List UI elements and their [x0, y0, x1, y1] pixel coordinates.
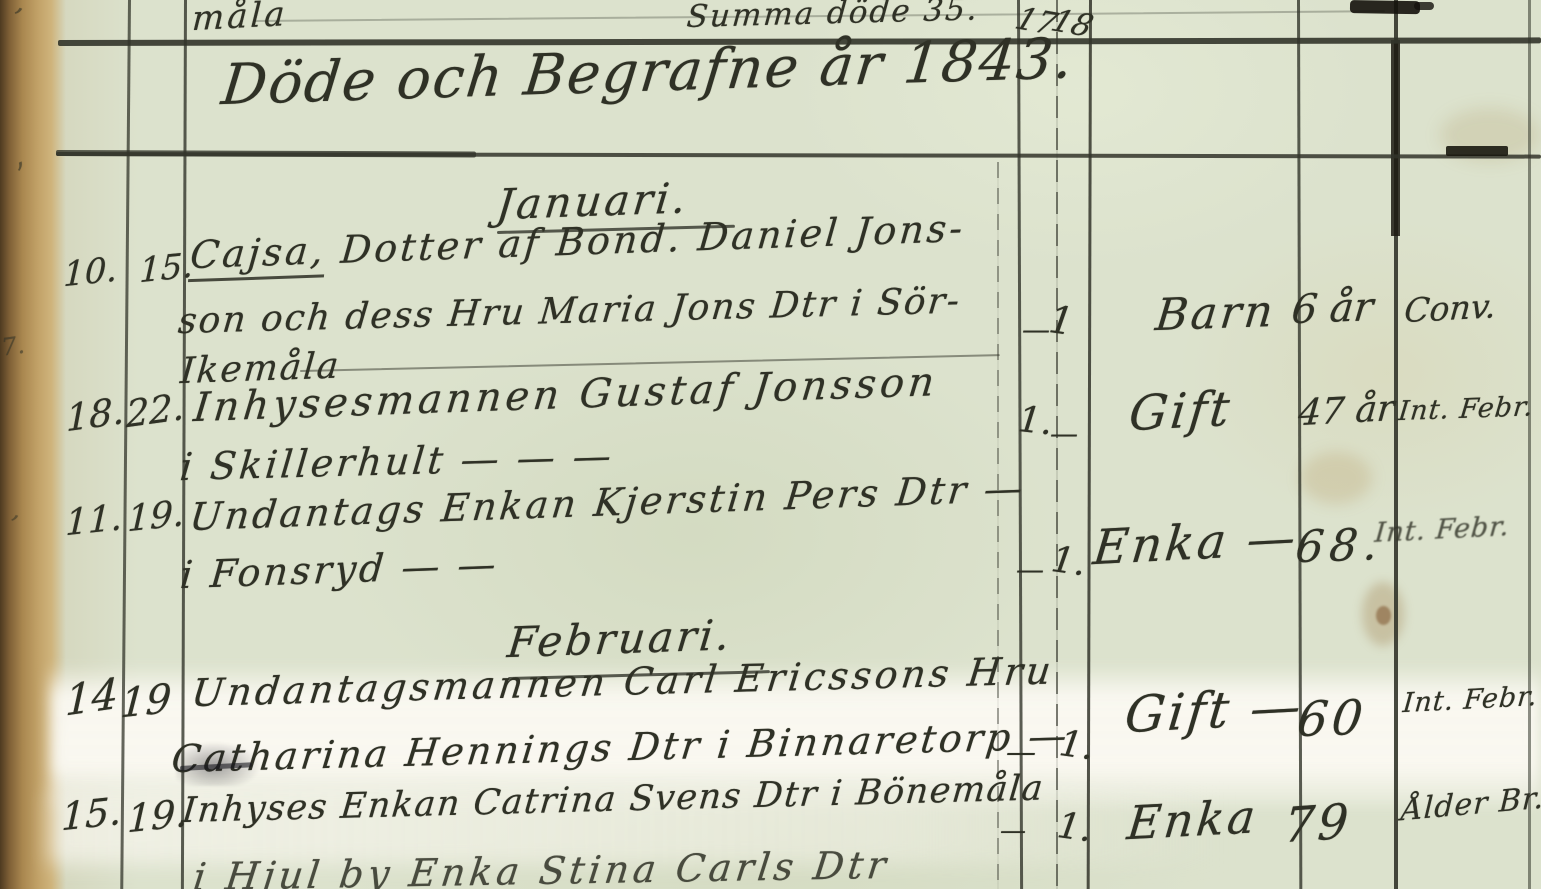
stray-mark: 7. [0, 333, 26, 360]
register-page: ’ ‚ 7. ’ måla Summa döde 35. 17 18 Döde … [0, 0, 1541, 889]
entry-age: 6 år [1290, 287, 1375, 330]
entry-death-day: 11. [65, 500, 123, 542]
entry-text-line2: i Fonsryd — — [179, 545, 501, 594]
entry-male-count: — [1000, 818, 1026, 844]
entry-cause: Int. Febr. [1374, 513, 1511, 547]
entry-age: 60 [1295, 694, 1369, 745]
entry-male-count: — [1006, 738, 1036, 768]
grid-vline-age-col [1297, 0, 1302, 889]
entry-burial-day: 15. [139, 248, 194, 288]
entry-burial-day: 19. [127, 496, 185, 538]
entry-text-line1: Undantagsmannen Carl Ericssons Hru [190, 651, 1057, 712]
entry-cause: Int. Febr. [1402, 683, 1539, 717]
entry-text-line2: son och dess Hru Maria Jons Dtr i Sör- [177, 284, 963, 341]
entry-status: Enka — [1091, 513, 1301, 572]
month-heading-februari: Februari. [506, 614, 735, 664]
entry-death-day: 14 [65, 673, 119, 723]
paper-stain [1300, 452, 1372, 504]
entry-male-count: 1. [1016, 402, 1054, 441]
entry-cause: Int. Febr. [1397, 393, 1535, 425]
entry-text-line1: Cajsa, Dotter af Bond. Daniel Jons- [189, 209, 967, 274]
entry-text-line1: Inhyses Enkan Catrina Svens Dtr i Bönemå… [181, 771, 1046, 829]
stray-mark: ‚ [6, 142, 27, 173]
entry-status: Gift — [1123, 681, 1306, 741]
entry-death-day: 18. [66, 392, 124, 438]
entry-status: Enka [1125, 793, 1260, 846]
entry-age: 68. [1293, 523, 1386, 570]
stray-mark: ’ [5, 512, 20, 539]
entry-female-count: — [1050, 420, 1078, 448]
grid-vline-right-edge [1528, 0, 1531, 889]
ink-smear-top [1350, 0, 1420, 14]
entry-male-count: — [1016, 556, 1044, 584]
entry-text-partial: i Hjul by Enka Stina Carls Dtr [191, 846, 891, 889]
book-gutter [0, 0, 66, 889]
grid-hline-title-rule-blob [1446, 146, 1508, 156]
entry-death-day: 10. [63, 252, 118, 292]
grid-vline-dates-1 [120, 0, 131, 889]
prev-place-fragment: måla [191, 0, 288, 36]
entry-burial-day: 22. [126, 388, 184, 434]
paper-stain [1376, 606, 1391, 625]
entry-burial-day: 19. [127, 794, 188, 839]
ink-smear-top-small [1414, 2, 1434, 10]
entry-burial-day: 19 [119, 679, 172, 725]
entry-cause: Ålder Br. [1400, 783, 1541, 826]
stray-mark: ’ [7, 4, 24, 33]
entry-female-count: 1. [1049, 542, 1088, 582]
entry-female-count: 1. [1057, 726, 1096, 766]
entry-age: 47 år [1297, 391, 1396, 432]
grid-vline-cause-col-bold-top [1391, 40, 1400, 236]
deceased-name: Cajsa, [188, 228, 328, 282]
entry-text-line2: i Skillerhult — — — [178, 437, 616, 486]
grid-hline-title-rule-dark-left [56, 150, 476, 157]
entry-death-day: 15. [61, 792, 122, 837]
entry-status: Barn [1153, 290, 1278, 338]
prev-summary-text: Summa döde 35. [686, 0, 981, 33]
entry-female-count: 1 [1047, 300, 1076, 341]
entry-text-line2: Catharina Hennings Dtr i Binnaretorp — [170, 716, 1072, 778]
entry-status: Gift [1127, 385, 1235, 439]
entry-female-count: 1. [1055, 808, 1094, 848]
entry-age: 79 [1283, 797, 1353, 850]
entry-cause: Conv. [1403, 289, 1497, 327]
